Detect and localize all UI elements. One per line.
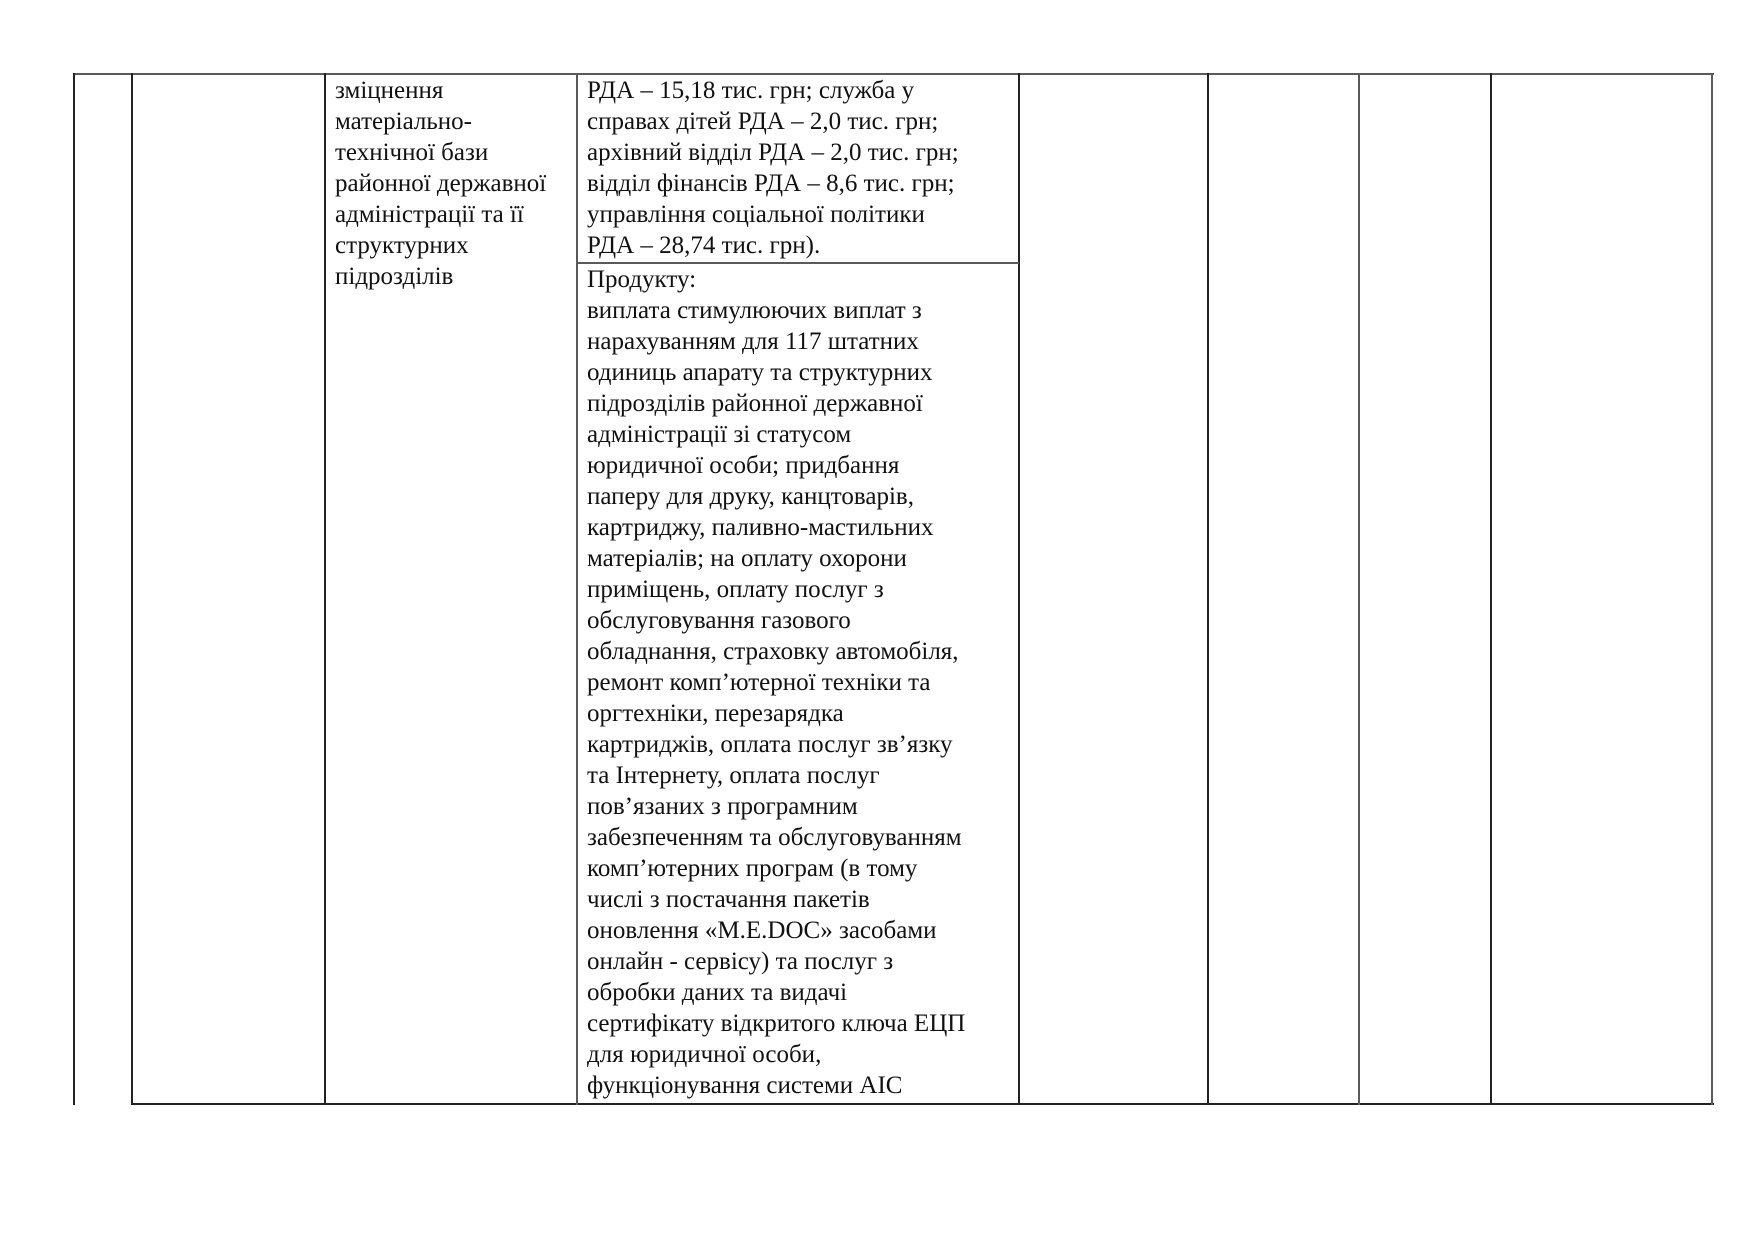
col-border-1 bbox=[131, 73, 133, 1105]
cell-indicators-cost: РДА – 15,18 тис. грн; служба у справах д… bbox=[587, 75, 1015, 261]
col-border-5 bbox=[1207, 73, 1209, 1105]
document-page: зміцнення матеріально- технічної бази ра… bbox=[0, 0, 1755, 1240]
col-border-0 bbox=[73, 73, 75, 1105]
cell-task-description: зміцнення матеріально- технічної бази ра… bbox=[335, 75, 580, 292]
col-border-7 bbox=[1490, 73, 1492, 1105]
col-border-4 bbox=[1018, 73, 1020, 1105]
cell-indicators-product: Продукту: виплата стимулюючих виплат з н… bbox=[587, 264, 1015, 1101]
table-bottom-border bbox=[132, 1103, 1714, 1105]
col-border-8 bbox=[1711, 73, 1713, 1105]
col-border-6 bbox=[1358, 73, 1360, 1105]
col-border-2 bbox=[324, 73, 326, 1105]
